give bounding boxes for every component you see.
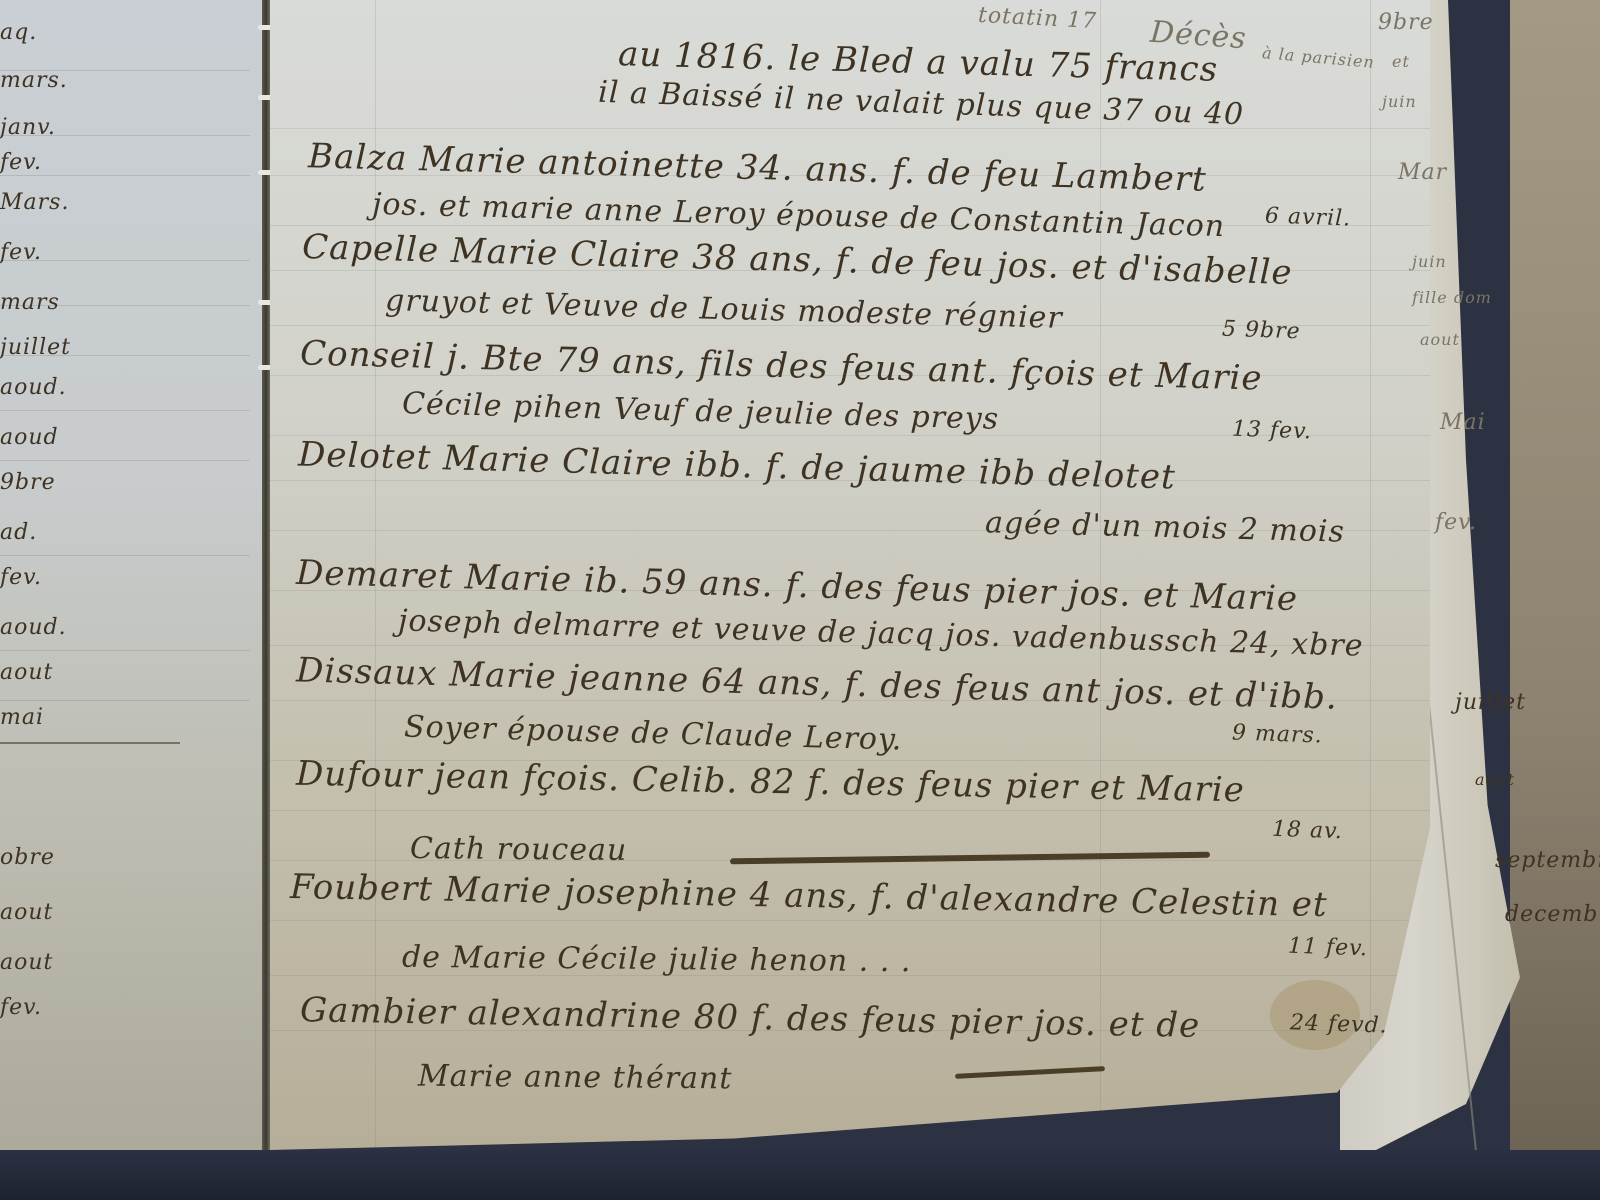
entry-2-date: 5 9bre	[1222, 317, 1301, 345]
left-margin-note: mars.	[0, 68, 68, 93]
entry-3-date: 13 fev.	[1232, 417, 1313, 445]
left-margin-note: janv.	[0, 115, 56, 140]
right-edge-note: fev.	[1435, 510, 1477, 535]
ruled-line	[0, 650, 250, 651]
left-margin-note: fev.	[0, 565, 42, 590]
left-margin-note: aoud.	[0, 375, 67, 400]
left-margin-note: obre	[0, 845, 55, 870]
entry-1-date: 6 avril.	[1265, 204, 1352, 232]
ruled-line	[0, 555, 250, 556]
left-margin-note: aout	[0, 950, 53, 975]
right-edge-note: Mai	[1440, 410, 1486, 435]
right-edge-note: fille dom	[1412, 288, 1492, 307]
right-edge-note: septembre	[1495, 848, 1600, 873]
right-edge-note: aout	[1420, 330, 1460, 349]
entry-6-date: 9 mars.	[1232, 720, 1324, 748]
right-edge-note: juin	[1382, 92, 1417, 111]
ruled-line	[270, 810, 1430, 811]
right-edge-note: juillet	[1455, 690, 1526, 715]
entry-9-line-2: Marie anne thérant	[418, 1059, 733, 1097]
entry-8-date: 11 fev.	[1288, 934, 1369, 962]
left-margin-note: fev.	[0, 240, 42, 265]
end-rule	[0, 742, 180, 744]
right-edge-note: aout	[1475, 770, 1515, 789]
left-page: aq. mars. janv. fev. Mars. fev. mars jui…	[0, 0, 262, 1185]
left-margin-note: aoud	[0, 425, 59, 450]
entry-7-line-2: Cath rouceau	[410, 831, 628, 868]
left-margin-note: ad.	[0, 520, 37, 545]
left-margin-note: aout	[0, 900, 53, 925]
right-edge-note: juin	[1412, 252, 1447, 271]
left-margin-note: fev.	[0, 150, 42, 175]
background-cloth	[0, 1150, 1600, 1200]
left-margin-note: mars	[0, 290, 60, 315]
ruled-line	[0, 175, 250, 176]
book-cover-edge	[1510, 0, 1600, 1200]
ruled-line	[0, 460, 250, 461]
left-margin-note: 9bre	[0, 470, 56, 495]
left-margin-note: aoud.	[0, 615, 67, 640]
left-margin-note: aout	[0, 660, 53, 685]
left-margin-note: fev.	[0, 995, 42, 1020]
margin-line	[1370, 0, 1371, 1150]
left-margin-note: juillet	[0, 335, 71, 360]
entry-8-line-2: de Marie Cécile julie henon . . .	[402, 940, 912, 979]
left-margin-note: mai	[0, 705, 44, 730]
left-margin-note: Mars.	[0, 190, 69, 215]
right-edge-note: 9bre	[1378, 10, 1434, 35]
ruled-line	[270, 128, 1430, 129]
ruled-line	[0, 700, 250, 701]
entry-9-date: 24 fevd.	[1290, 1010, 1388, 1038]
right-edge-note: et	[1392, 52, 1410, 71]
entry-7-date: 18 av.	[1272, 817, 1344, 844]
right-edge-note: Mar	[1398, 160, 1447, 185]
left-margin-note: aq.	[0, 20, 37, 45]
register-photo: aq. mars. janv. fev. Mars. fev. mars jui…	[0, 0, 1600, 1200]
ruled-line	[0, 410, 250, 411]
right-edge-note: decembre	[1505, 902, 1600, 927]
book-gutter	[262, 0, 270, 1190]
